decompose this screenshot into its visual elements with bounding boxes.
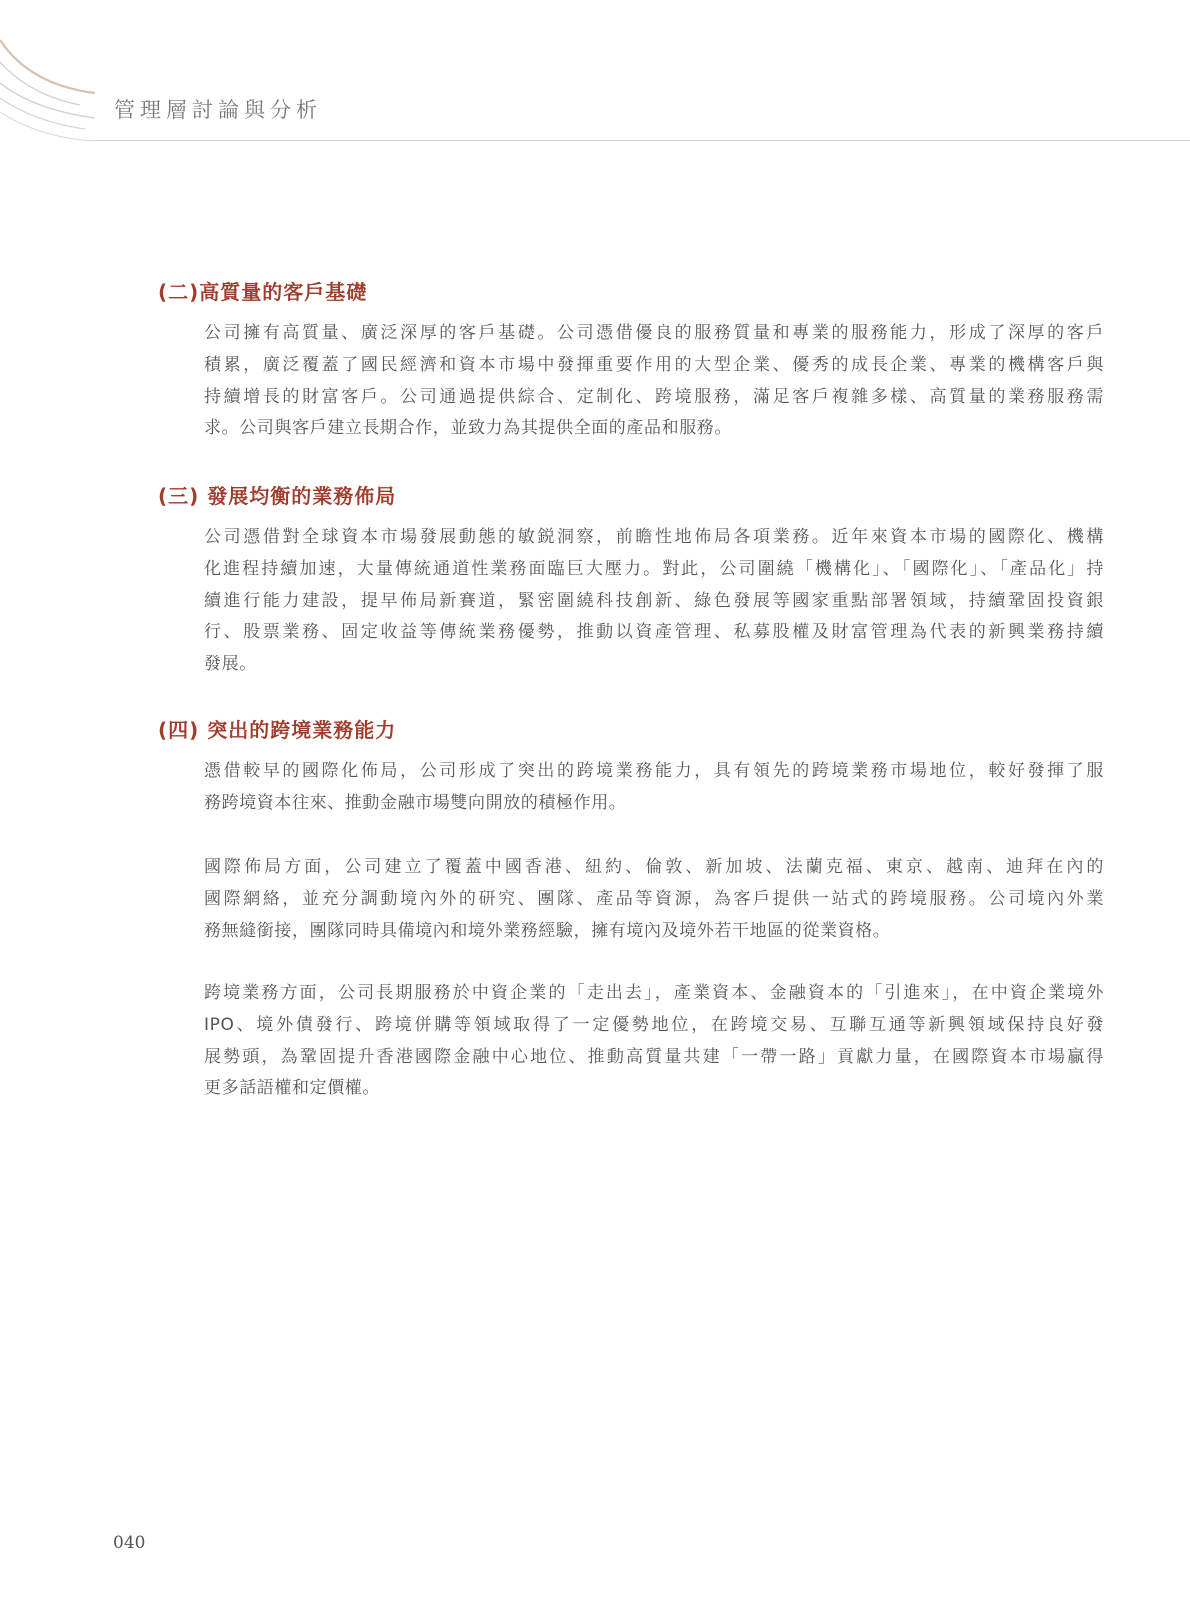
text-line: IPO、境外債發行、跨境併購等領域取得了一定優勢地位，在跨境交易、互聯互通等新興…: [204, 1010, 1104, 1042]
text-line: 行、股票業務、固定收益等傳統業務優勢，推動以資產管理、私募股權及財富管理為代表的…: [204, 617, 1104, 649]
text-line: 憑借較早的國際化佈局，公司形成了突出的跨境業務能力，具有領先的跨境業務市場地位，…: [204, 756, 1104, 788]
text-line: 務跨境資本往來、推動金融市場雙向開放的積極作用。: [204, 788, 1104, 820]
text-line: 續進行能力建設，提早佈局新賽道，緊密圍繞科技創新、綠色發展等國家重點部署領域，持…: [204, 586, 1104, 618]
text-line: 化進程持續加速，大量傳統通道性業務面臨巨大壓力。對此，公司圍繞「機構化」、「國際…: [204, 554, 1104, 586]
text-line: 國際佈局方面，公司建立了覆蓋中國香港、紐約、倫敦、新加坡、法蘭克福、東京、越南、…: [204, 852, 1104, 884]
page-number: 040: [113, 1533, 145, 1553]
text-line: 展勢頭，為鞏固提升香港國際金融中心地位、推動高質量共建「一帶一路」貢獻力量，在國…: [204, 1042, 1104, 1074]
text-line: 跨境業務方面，公司長期服務於中資企業的「走出去」，產業資本、金融資本的「引進來」…: [204, 978, 1104, 1010]
text-line: 務無縫銜接，團隊同時具備境內和境外業務經驗，擁有境內及境外若干地區的從業資格。: [204, 916, 1104, 948]
text-line: 公司擁有高質量、廣泛深厚的客戶基礎。公司憑借優良的服務質量和專業的服務能力，形成…: [204, 318, 1104, 350]
text-line: 求。公司與客戶建立長期合作，並致力為其提供全面的產品和服務。: [204, 413, 1104, 445]
header-divider: [95, 140, 1190, 141]
text-line: 發展。: [204, 649, 1104, 681]
decorative-arcs-icon: [0, 0, 100, 145]
section-heading-cross-border: (四) 突出的跨境業務能力: [158, 714, 396, 743]
text-line: 更多話語權和定價權。: [204, 1073, 1104, 1105]
text-line: 公司憑借對全球資本市場發展動態的敏鋭洞察，前瞻性地佈局各項業務。近年來資本市場的…: [204, 522, 1104, 554]
text-line: 國際網絡，並充分調動境內外的研究、團隊、產品等資源，為客戶提供一站式的跨境服務。…: [204, 884, 1104, 916]
paragraph-business-layout: 公司憑借對全球資本市場發展動態的敏鋭洞察，前瞻性地佈局各項業務。近年來資本市場的…: [204, 522, 1104, 681]
paragraph-cross-border-intro: 憑借較早的國際化佈局，公司形成了突出的跨境業務能力，具有領先的跨境業務市場地位，…: [204, 756, 1104, 820]
page-header-title: 管理層討論與分析: [114, 94, 322, 124]
paragraph-client-base: 公司擁有高質量、廣泛深厚的客戶基礎。公司憑借優良的服務質量和專業的服務能力，形成…: [204, 318, 1104, 445]
paragraph-international-layout: 國際佈局方面，公司建立了覆蓋中國香港、紐約、倫敦、新加坡、法蘭克福、東京、越南、…: [204, 852, 1104, 947]
paragraph-cross-border-business: 跨境業務方面，公司長期服務於中資企業的「走出去」，產業資本、金融資本的「引進來」…: [204, 978, 1104, 1105]
text-line: 積累，廣泛覆蓋了國民經濟和資本市場中發揮重要作用的大型企業、優秀的成長企業、專業…: [204, 350, 1104, 382]
section-heading-business-layout: (三) 發展均衡的業務佈局: [158, 480, 396, 509]
section-heading-client-base: (二)高質量的客戶基礎: [158, 276, 367, 305]
text-line: 持續增長的財富客戶。公司通過提供綜合、定制化、跨境服務，滿足客戶複雜多樣、高質量…: [204, 382, 1104, 414]
